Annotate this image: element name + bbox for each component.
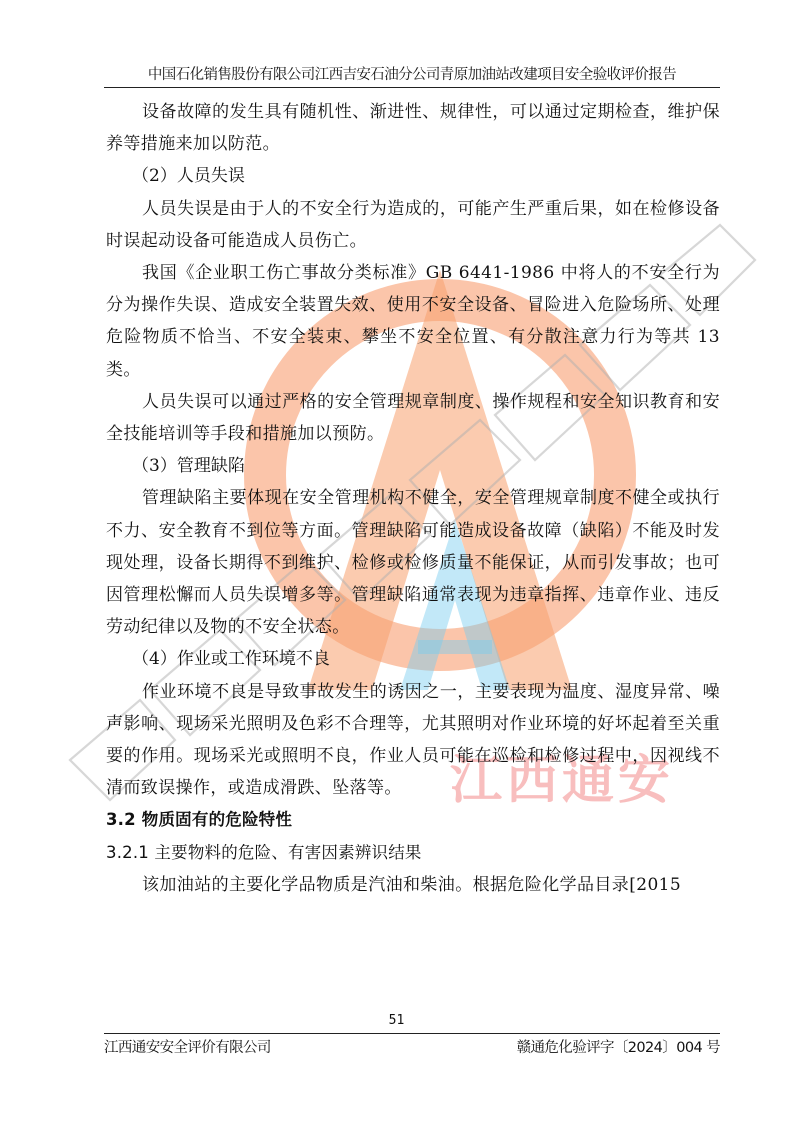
subheading-human-error: （2）人员失误 bbox=[106, 160, 720, 192]
document-page: 江西通安 中国石化销售股份有限公司江西吉安石油分公司青原加油站改建项目安全验收评… bbox=[0, 0, 793, 1122]
body-text: 设备故障的发生具有随机性、渐进性、规律性，可以通过定期检查，维护保养等措施来加以… bbox=[106, 96, 720, 901]
footer-divider bbox=[104, 1033, 720, 1034]
paragraph-management-defects: 管理缺陷主要体现在安全管理机构不健全，安全管理规章制度不健全或执行不力、安全教育… bbox=[106, 482, 720, 643]
paragraph-equipment-failure: 设备故障的发生具有随机性、渐进性、规律性，可以通过定期检查，维护保养等措施来加以… bbox=[106, 96, 720, 160]
header-title: 中国石化销售股份有限公司江西吉安石油分公司青原加油站改建项目安全验收评价报告 bbox=[104, 63, 720, 84]
paragraph-work-environment: 作业环境不良是导致事故发生的诱因之一，主要表现为温度、湿度异常、噪声影响、现场采… bbox=[106, 676, 720, 805]
paragraph-human-error: 人员失误是由于人的不安全行为造成的，可能产生严重后果，如在检修设备时误起动设备可… bbox=[106, 193, 720, 257]
paragraph-main-chemicals: 该加油站的主要化学品物质是汽油和柴油。根据危险化学品目录[2015 bbox=[106, 869, 720, 901]
page-number: 51 bbox=[0, 1013, 793, 1028]
subheading-work-environment: （4）作业或工作环境不良 bbox=[106, 643, 720, 675]
paragraph-gb-standard: 我国《企业职工伤亡事故分类标准》GB 6441-1986 中将人的不安全行为分为… bbox=[106, 257, 720, 386]
footer-doc-number: 赣通危化验评字〔2024〕004 号 bbox=[517, 1036, 720, 1057]
section-heading-3-2-1: 3.2.1 主要物料的危险、有害因素辨识结果 bbox=[106, 837, 720, 869]
subheading-management-defects: （3）管理缺陷 bbox=[106, 450, 720, 482]
paragraph-human-error-prevention: 人员失误可以通过严格的安全管理规章制度、操作规程和安全知识教育和安全技能培训等手… bbox=[106, 386, 720, 450]
header-divider bbox=[104, 87, 720, 88]
section-heading-3-2: 3.2 物质固有的危险特性 bbox=[106, 804, 720, 836]
footer-company: 江西通安安全评价有限公司 bbox=[104, 1036, 271, 1057]
